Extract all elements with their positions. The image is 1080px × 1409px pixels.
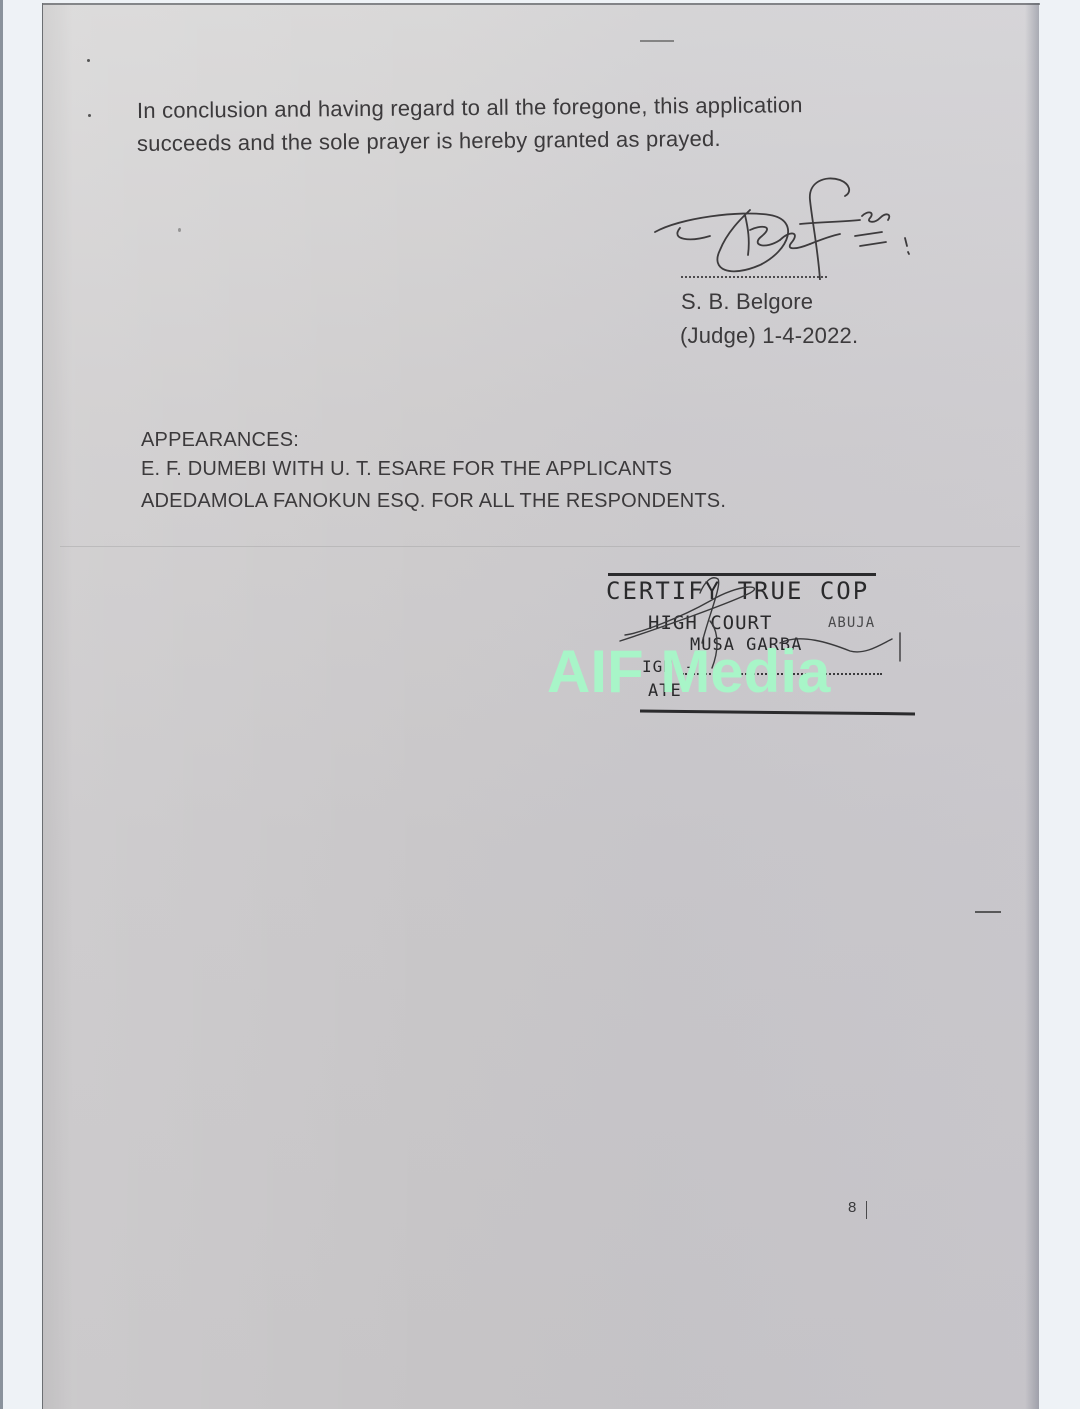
conclusion-text-line-2: succeeds and the sole prayer is hereby g… [137,126,721,157]
watermark: AIF Media [547,642,830,702]
scan-mark [640,40,674,42]
viewer-left-edge [0,0,3,1409]
scan-mark [975,911,1001,913]
appearances-heading: APPEARANCES: [141,429,299,452]
appearance-entry: ADEDAMOLA FANOKUN ESQ. FOR ALL THE RESPO… [141,490,726,513]
page-number-separator [866,1201,867,1219]
scan-speck [88,114,91,117]
scan-speck [178,228,181,232]
judge-title-date: (Judge) 1-4-2022. [680,323,858,349]
appearance-entry: E. F. DUMEBI WITH U. T. ESARE FOR THE AP… [141,458,672,481]
scan-speck [87,59,90,62]
signature-icon [650,170,930,280]
judge-name: S. B. Belgore [681,289,813,315]
page-top-edge [43,3,1040,5]
scan-fold-line [60,546,1020,547]
page-number: 8 [848,1199,856,1216]
signature-line [681,276,827,278]
